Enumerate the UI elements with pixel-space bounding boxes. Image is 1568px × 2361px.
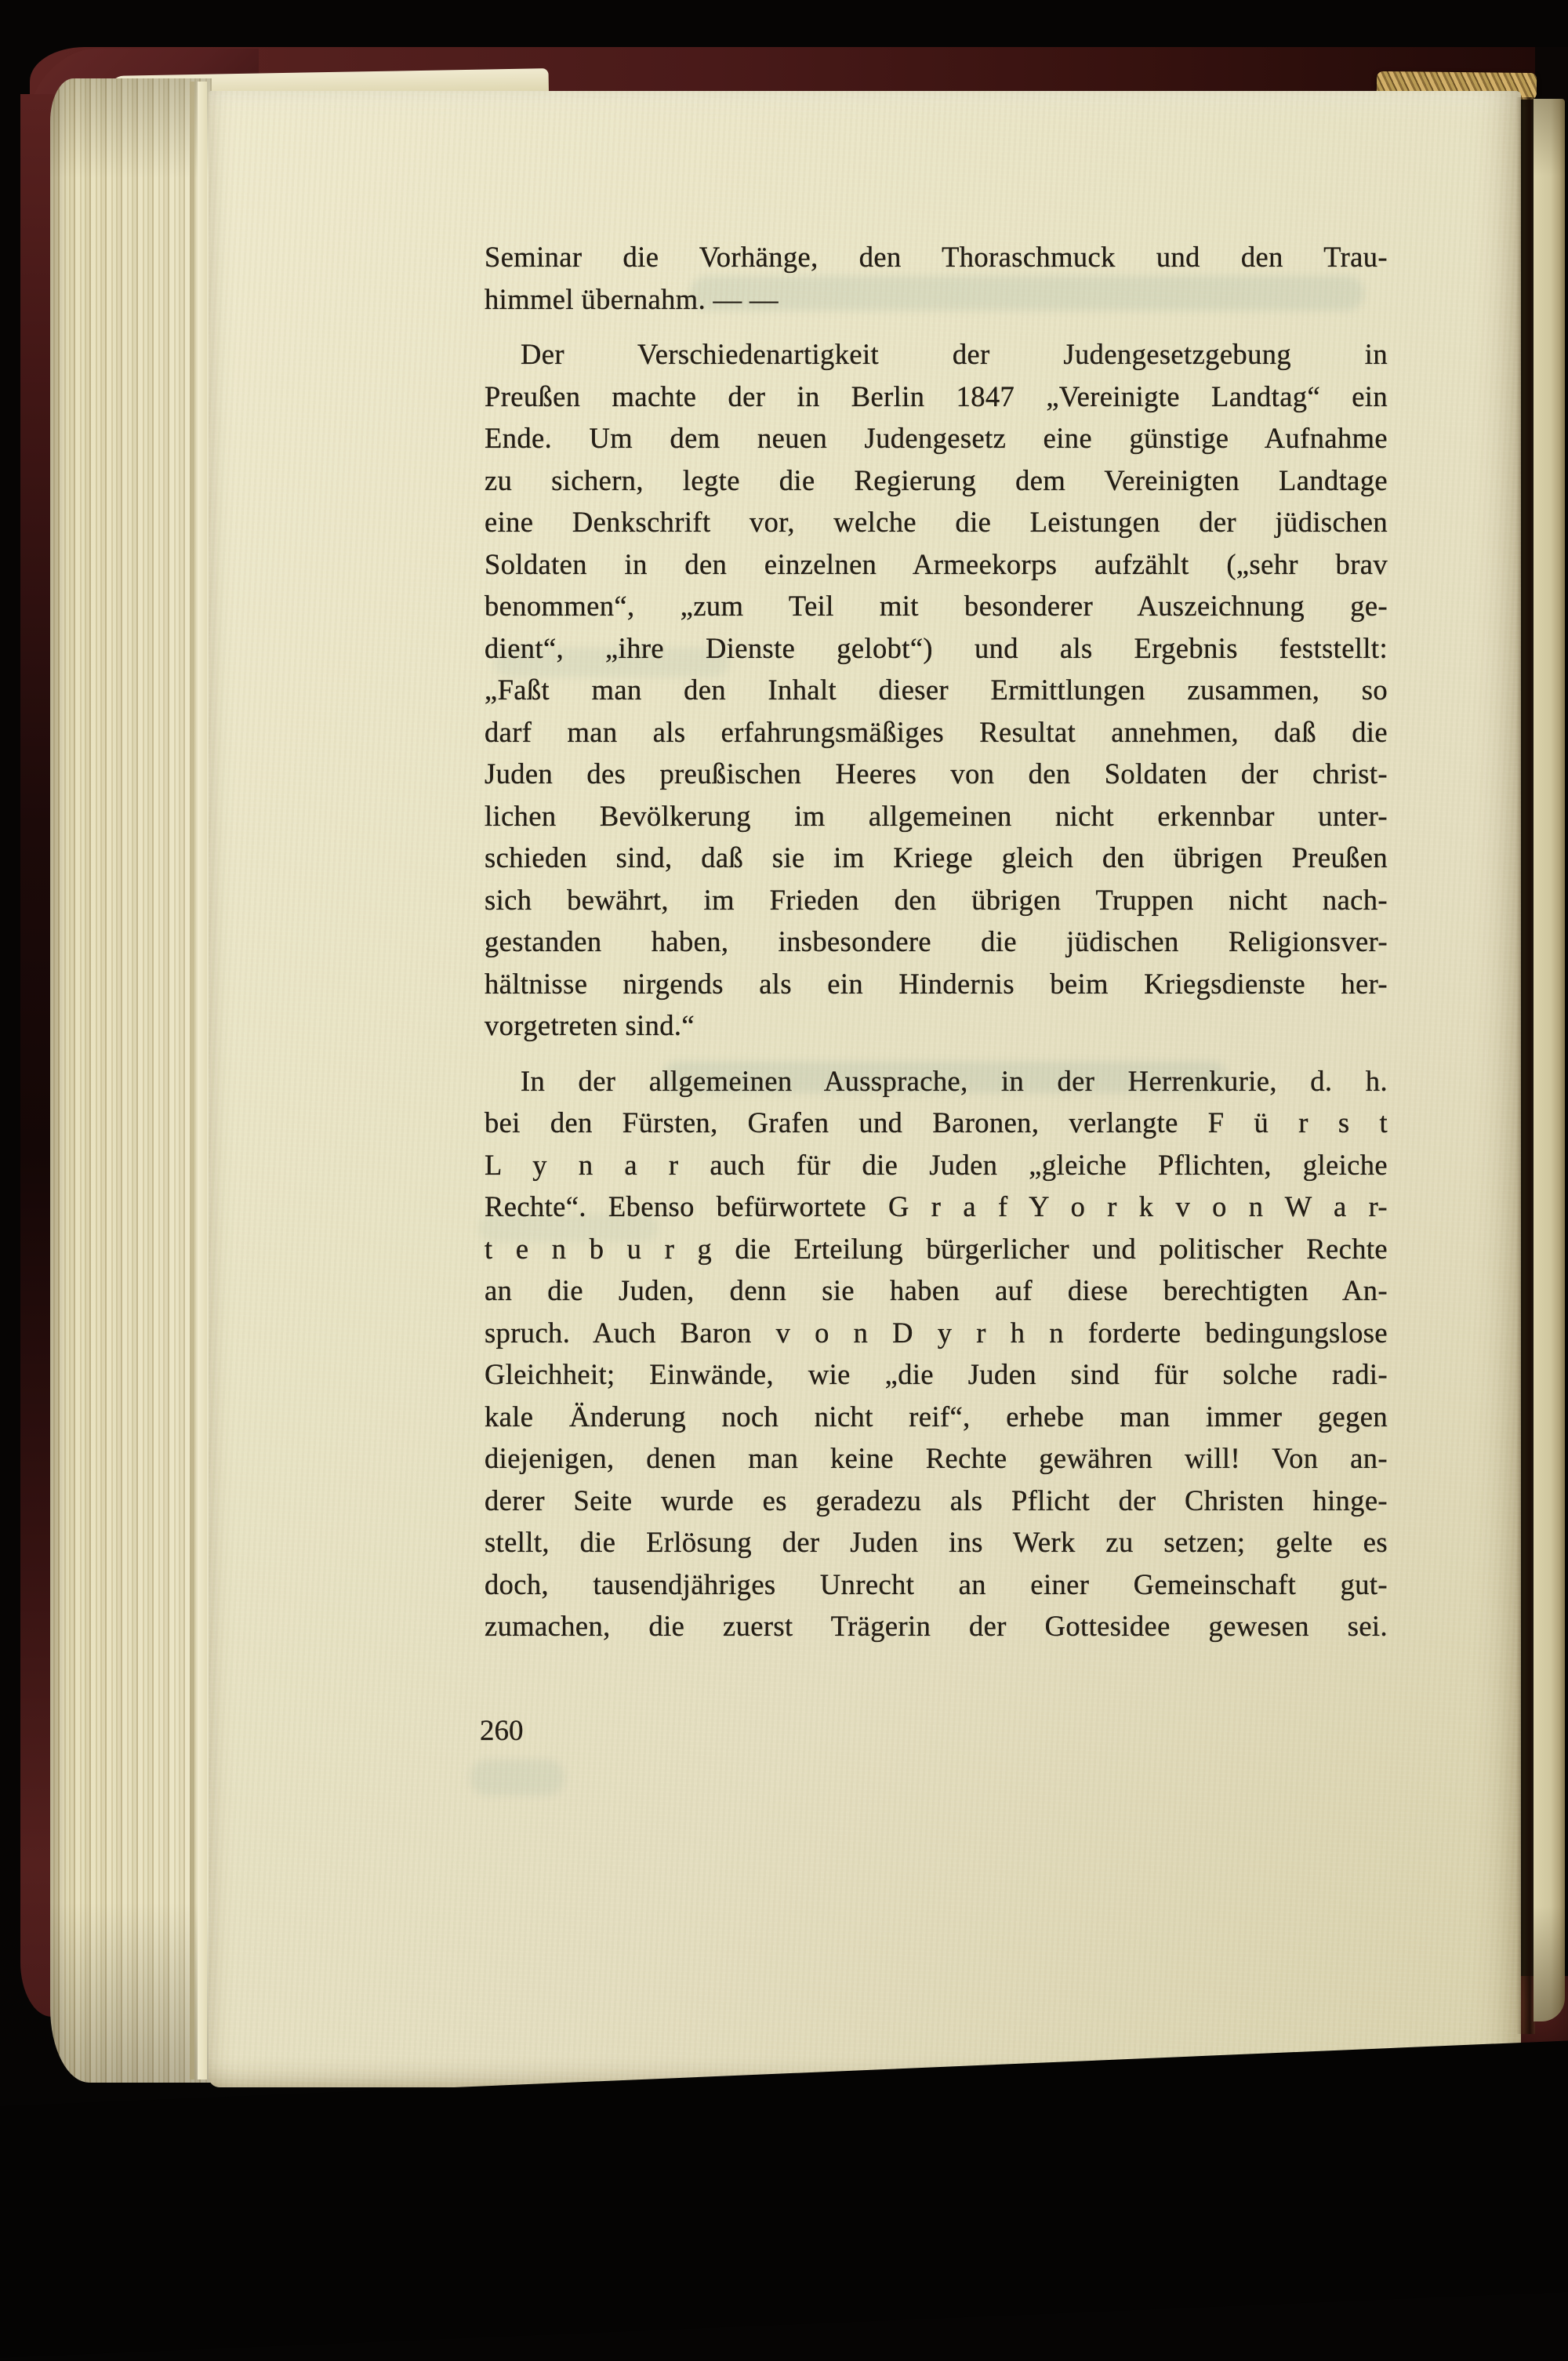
text-line: benommen“, „zum Teil mit besonderer Ausz… bbox=[485, 585, 1388, 627]
text-line: Rechte“. Ebenso befürwortete G r a f Y o… bbox=[485, 1186, 1388, 1228]
page-edge-line bbox=[190, 82, 194, 2079]
text-line: lichen Bevölkerung im allgemeinen nicht … bbox=[485, 795, 1388, 837]
text-line: bei den Fürsten, Grafen und Baronen, ver… bbox=[485, 1102, 1388, 1144]
text-line: zu sichern, legte die Regierung dem Vere… bbox=[485, 459, 1388, 502]
paragraph: Seminar die Vorhänge, den Thoraschmuck u… bbox=[485, 236, 1388, 320]
text-line: an die Juden, denn sie haben auf diese b… bbox=[485, 1269, 1388, 1312]
text-line: Ende. Um dem neuen Judengesetz eine güns… bbox=[485, 417, 1388, 459]
text-line: dient“, „ihre Dienste gelobt“) und als E… bbox=[485, 627, 1388, 670]
text-line: derer Seite wurde es geradezu als Pflich… bbox=[485, 1480, 1388, 1522]
text-block: Seminar die Vorhänge, den Thoraschmuck u… bbox=[485, 236, 1388, 1647]
text-line: In der allgemeinen Aussprache, in der He… bbox=[485, 1060, 1388, 1102]
text-line: Gleichheit; Einwände, wie „die Juden sin… bbox=[485, 1353, 1388, 1396]
gutter-page-strip bbox=[1534, 99, 1565, 2021]
paragraph: In der allgemeinen Aussprache, in der He… bbox=[485, 1060, 1388, 1647]
text-line: t e n b u r g die Erteilung bürgerlicher… bbox=[485, 1228, 1388, 1270]
page-edge-line bbox=[198, 82, 207, 2079]
text-line: L y n a r auch für die Juden „gleiche Pf… bbox=[485, 1144, 1388, 1186]
paragraph: Der Verschiedenartigkeit der Judengesetz… bbox=[485, 333, 1388, 1047]
text-line: Seminar die Vorhänge, den Thoraschmuck u… bbox=[485, 236, 1388, 278]
text-line: spruch. Auch Baron v o n D y r h n forde… bbox=[485, 1312, 1388, 1354]
text-line: „Faßt man den Inhalt dieser Ermittlungen… bbox=[485, 669, 1388, 711]
text-line: sich bewährt, im Frieden den übrigen Tru… bbox=[485, 879, 1388, 921]
text-line: schieden sind, daß sie im Kriege gleich … bbox=[485, 837, 1388, 879]
page-stack-fore-edge bbox=[50, 78, 212, 2083]
text-line: Der Verschiedenartigkeit der Judengesetz… bbox=[485, 333, 1388, 376]
text-line: doch, tausendjähriges Unrecht an einer G… bbox=[485, 1564, 1388, 1606]
text-line: darf man als erfahrungsmäßiges Resultat … bbox=[485, 711, 1388, 754]
shadow-top-right bbox=[1535, 47, 1568, 102]
text-line: Juden des preußischen Heeres von den Sol… bbox=[485, 753, 1388, 795]
text-line: stellt, die Erlösung der Juden ins Werk … bbox=[485, 1521, 1388, 1564]
text-line: zumachen, die zuerst Trägerin der Gottes… bbox=[485, 1605, 1388, 1647]
text-line: himmel übernahm. — — bbox=[485, 278, 1388, 321]
showthrough-smudge bbox=[470, 1760, 564, 1796]
gutter-crease-shadow bbox=[1516, 97, 1535, 2034]
text-line: eine Denkschrift vor, welche die Leistun… bbox=[485, 501, 1388, 543]
text-line: vorgetreten sind.“ bbox=[485, 1004, 1388, 1047]
text-line: Soldaten in den einzelnen Armeekorps auf… bbox=[485, 543, 1388, 586]
text-line: diejenigen, denen man keine Rechte gewäh… bbox=[485, 1437, 1388, 1480]
text-line: kale Änderung noch nicht reif“, erhebe m… bbox=[485, 1396, 1388, 1438]
text-line: Preußen machte der in Berlin 1847 „Verei… bbox=[485, 376, 1388, 418]
page-number: 260 bbox=[480, 1714, 524, 1748]
text-line: hältnisse nirgends als ein Hindernis bei… bbox=[485, 963, 1388, 1005]
text-line: gestanden haben, insbesondere die jüdisc… bbox=[485, 921, 1388, 963]
